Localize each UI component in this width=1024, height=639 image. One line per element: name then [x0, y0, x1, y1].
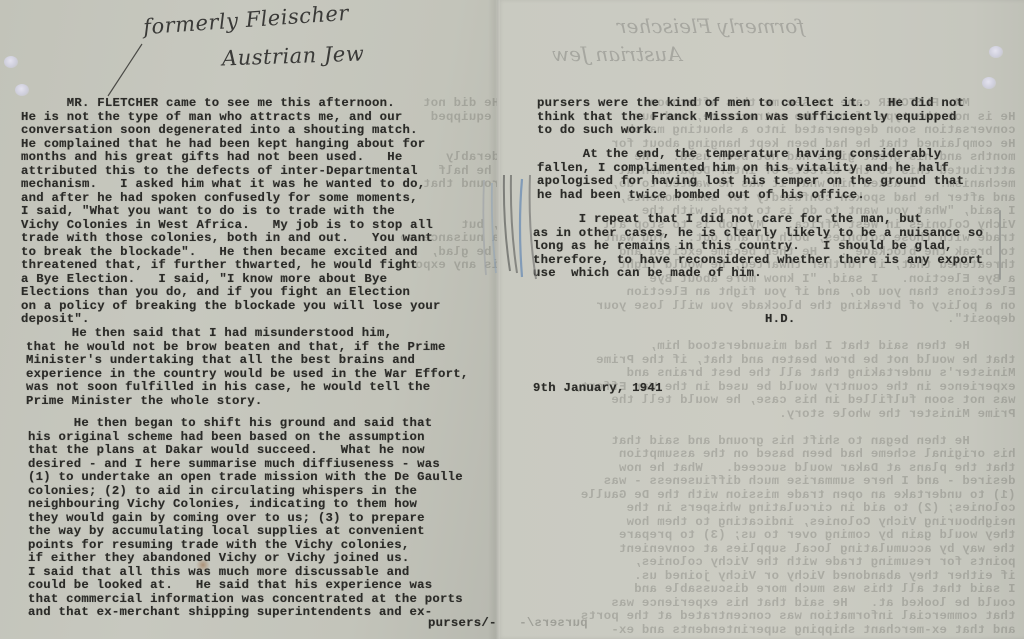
- text-line: neighbouring Vichy Colonies, indicating …: [28, 498, 463, 512]
- text-line: the way by accumulating local supplies a…: [28, 525, 463, 539]
- text-line: Vichy Colonies in West Africa. My job is…: [21, 219, 441, 233]
- bleed-through-catchword: pursers/-: [519, 617, 588, 631]
- text-line: I said, "What you want to do is to trade…: [21, 205, 441, 219]
- right-page: formerly Fleischer Austrian Jew MR. FLET…: [497, 0, 1024, 639]
- text-line: think that the Franck Mission was suffic…: [537, 111, 964, 125]
- text-line: was not soon fulfilled in his case, he w…: [26, 381, 469, 395]
- text-line: to break the blockade". He then became e…: [21, 246, 441, 260]
- text-line: as in other cases, he is clearly likely …: [533, 227, 983, 241]
- text-line: (1) to undertake an open trade mission w…: [28, 471, 463, 485]
- text-line: Prime Minister the whole story.: [26, 395, 469, 409]
- annotation-pointer-line: [105, 42, 145, 98]
- signature-initials: H.D.: [765, 313, 796, 327]
- text-line: attributed this to the defects of inter-…: [21, 165, 441, 179]
- text-line: trade with those colonies, both in and o…: [21, 232, 441, 246]
- text-line: He is not the type of man who attracts m…: [21, 111, 441, 125]
- text-line: pursers were the kind of men to collect …: [537, 97, 964, 111]
- right-paragraph-3: I repeat that I did not care for the man…: [533, 213, 983, 281]
- bleed-through-annotation-line1: formerly Fleischer: [617, 14, 805, 38]
- left-paragraph-3: He then began to shift his ground and sa…: [28, 417, 463, 620]
- document-date: 9th January, 1941: [533, 382, 663, 396]
- text-line: deposit".: [21, 313, 441, 327]
- handwritten-annotation-line2: Austrian Jew: [222, 42, 365, 71]
- text-line: his original scheme had been based on th…: [28, 431, 463, 445]
- text-line: I repeat that I did not care for the man…: [533, 213, 983, 227]
- right-paragraph-2: At the end, the temperature having consi…: [537, 148, 964, 202]
- text-line: that commercial information was concentr…: [28, 593, 463, 607]
- text-line: mechanism. I asked him what it was he wa…: [21, 178, 441, 192]
- left-paragraph-1: MR. FLETCHER came to see me this afterno…: [21, 97, 441, 327]
- text-line: use which can be made of him.: [533, 267, 983, 281]
- text-line: to do such work.: [537, 124, 964, 138]
- text-line: months and his great gifts had not been …: [21, 151, 441, 165]
- text-line: He then said that I had misunderstood hi…: [26, 327, 469, 341]
- ink-stain: [196, 560, 210, 570]
- left-catchword: pursers/-: [428, 617, 497, 631]
- text-line: long as he remains in this country. I sh…: [533, 240, 983, 254]
- text-line: desired - and I here summarise much diff…: [28, 458, 463, 472]
- right-paragraph-1: pursers were the kind of men to collect …: [537, 97, 964, 138]
- punch-hole: [982, 77, 996, 89]
- left-paragraph-2: He then said that I had misunderstood hi…: [26, 327, 469, 408]
- text-line: experience in the country would be used …: [26, 368, 469, 382]
- text-line: conversation soon degenerated into a sho…: [21, 124, 441, 138]
- pencil-mark: [999, 210, 1001, 280]
- text-line: he had been twice bombed out of his offi…: [537, 189, 964, 203]
- text-line: and that ex-merchant shipping superinten…: [28, 606, 463, 620]
- text-line: He then began to shift his ground and sa…: [28, 417, 463, 431]
- text-line: if either they abandoned Vichy or Vichy …: [28, 552, 463, 566]
- text-line: At the end, the temperature having consi…: [537, 148, 964, 162]
- text-line: they would gain by coming over to us; (3…: [28, 512, 463, 526]
- text-line: Elections than you do, and if you fight …: [21, 286, 441, 300]
- text-line: and after he had spoken confusedly for s…: [21, 192, 441, 206]
- text-line: colonies; (2) to aid in circulating whis…: [28, 485, 463, 499]
- bleed-through-annotation-line2: Austrian Jew: [552, 42, 682, 66]
- text-line: MR. FLETCHER came to see me this afterno…: [21, 97, 441, 111]
- pencil-margin-marks: [470, 175, 550, 285]
- text-line: that the plans at Dakar would succeed. W…: [28, 444, 463, 458]
- text-line: threatened that, if further thwarted, he…: [21, 259, 441, 273]
- handwritten-annotation-line1: formerly Fleischer: [142, 1, 349, 39]
- text-line: that he would not be brow beaten and tha…: [26, 341, 469, 355]
- left-page: formerly Fleischer Austrian Jew MR. FLET…: [0, 0, 497, 639]
- text-line: therefore, to have reconsidered whether …: [533, 254, 983, 268]
- punch-hole: [989, 46, 1003, 58]
- text-line: points for resuming trade with the Vichy…: [28, 539, 463, 553]
- text-line: could be looked at. He said that his exp…: [28, 579, 463, 593]
- text-line: fallen, I complimented him on his vitali…: [537, 162, 964, 176]
- punch-hole: [15, 84, 29, 96]
- text-line: He complained that he had been kept hang…: [21, 138, 441, 152]
- text-line: Minister's undertaking that all the best…: [26, 354, 469, 368]
- punch-hole: [4, 56, 18, 68]
- text-line: apologised for having lost his temper on…: [537, 175, 964, 189]
- text-line: I said that all this was much more discu…: [28, 566, 463, 580]
- text-line: a Bye Election. I said, "I know more abo…: [21, 273, 441, 287]
- page-gutter: [488, 0, 500, 639]
- text-line: on a policy of breaking the blockade you…: [21, 300, 441, 314]
